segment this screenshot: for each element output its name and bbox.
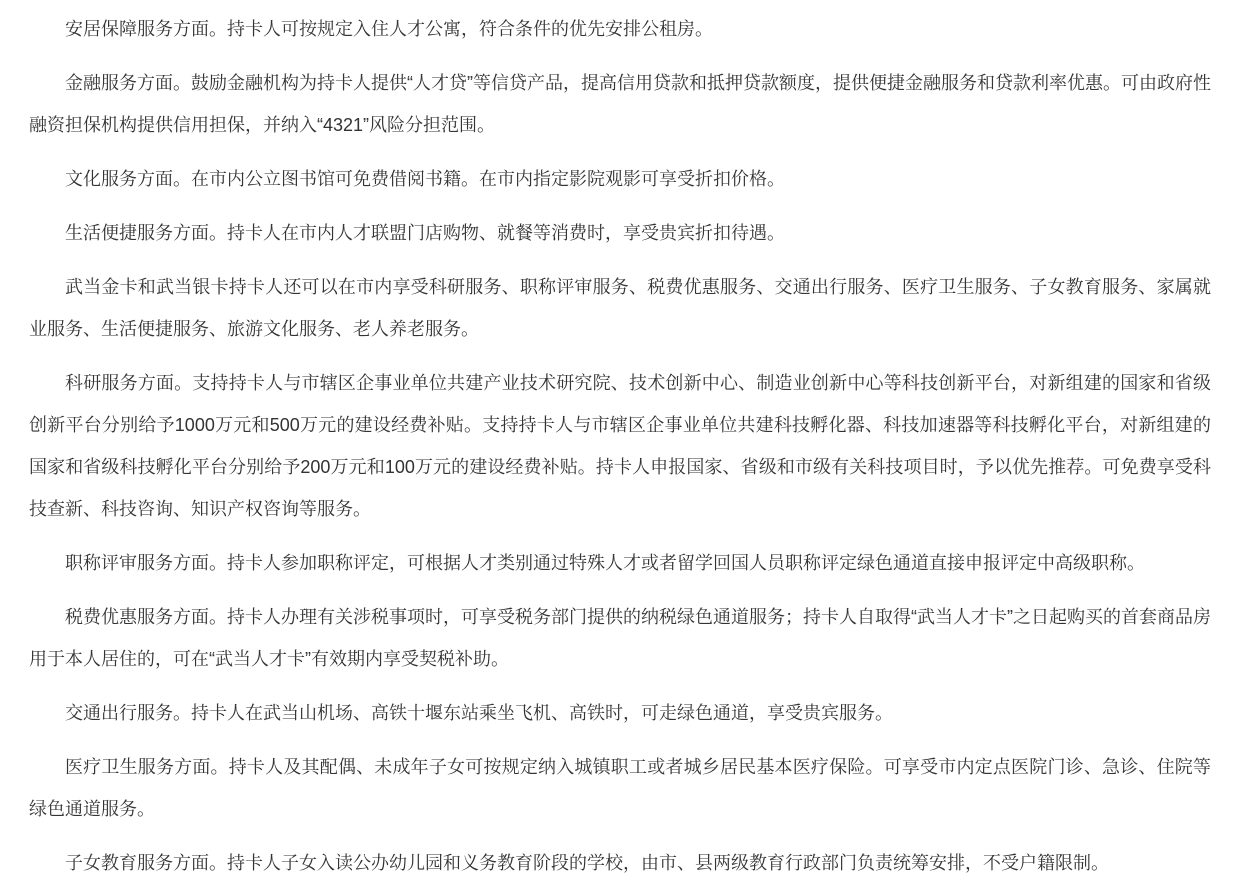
paragraph-medical-service: 医疗卫生服务方面。持卡人及其配偶、未成年子女可按规定纳入城镇职工或者城乡居民基本… [29,746,1211,830]
document-page: 安居保障服务方面。持卡人可按规定入住人才公寓，符合条件的优先安排公租房。 金融服… [0,0,1241,886]
paragraph-transport-service: 交通出行服务。持卡人在武当山机场、高铁十堰东站乘坐飞机、高铁时，可走绿色通道，享… [29,692,1211,734]
document-body: 安居保障服务方面。持卡人可按规定入住人才公寓，符合条件的优先安排公租房。 金融服… [0,0,1241,884]
paragraph-culture-service: 文化服务方面。在市内公立图书馆可免费借阅书籍。在市内指定影院观影可享受折扣价格。 [29,158,1211,200]
paragraph-daily-life-service: 生活便捷服务方面。持卡人在市内人才联盟门店购物、就餐等消费时，享受贵宾折扣待遇。 [29,212,1211,254]
paragraph-title-review-service: 职称评审服务方面。持卡人参加职称评定，可根据人才类别通过特殊人才或者留学回国人员… [29,542,1211,584]
paragraph-card-holder-scope: 武当金卡和武当银卡持卡人还可以在市内享受科研服务、职称评审服务、税费优惠服务、交… [29,266,1211,350]
paragraph-tax-benefit-service: 税费优惠服务方面。持卡人办理有关涉税事项时，可享受税务部门提供的纳税绿色通道服务… [29,596,1211,680]
paragraph-finance-service: 金融服务方面。鼓励金融机构为持卡人提供“人才贷”等信贷产品，提高信用贷款和抵押贷… [29,62,1211,146]
paragraph-education-service: 子女教育服务方面。持卡人子女入读公办幼儿园和义务教育阶段的学校，由市、县两级教育… [29,842,1211,884]
paragraph-housing-service: 安居保障服务方面。持卡人可按规定入住人才公寓，符合条件的优先安排公租房。 [29,8,1211,50]
paragraph-research-service: 科研服务方面。支持持卡人与市辖区企事业单位共建产业技术研究院、技术创新中心、制造… [29,362,1211,530]
